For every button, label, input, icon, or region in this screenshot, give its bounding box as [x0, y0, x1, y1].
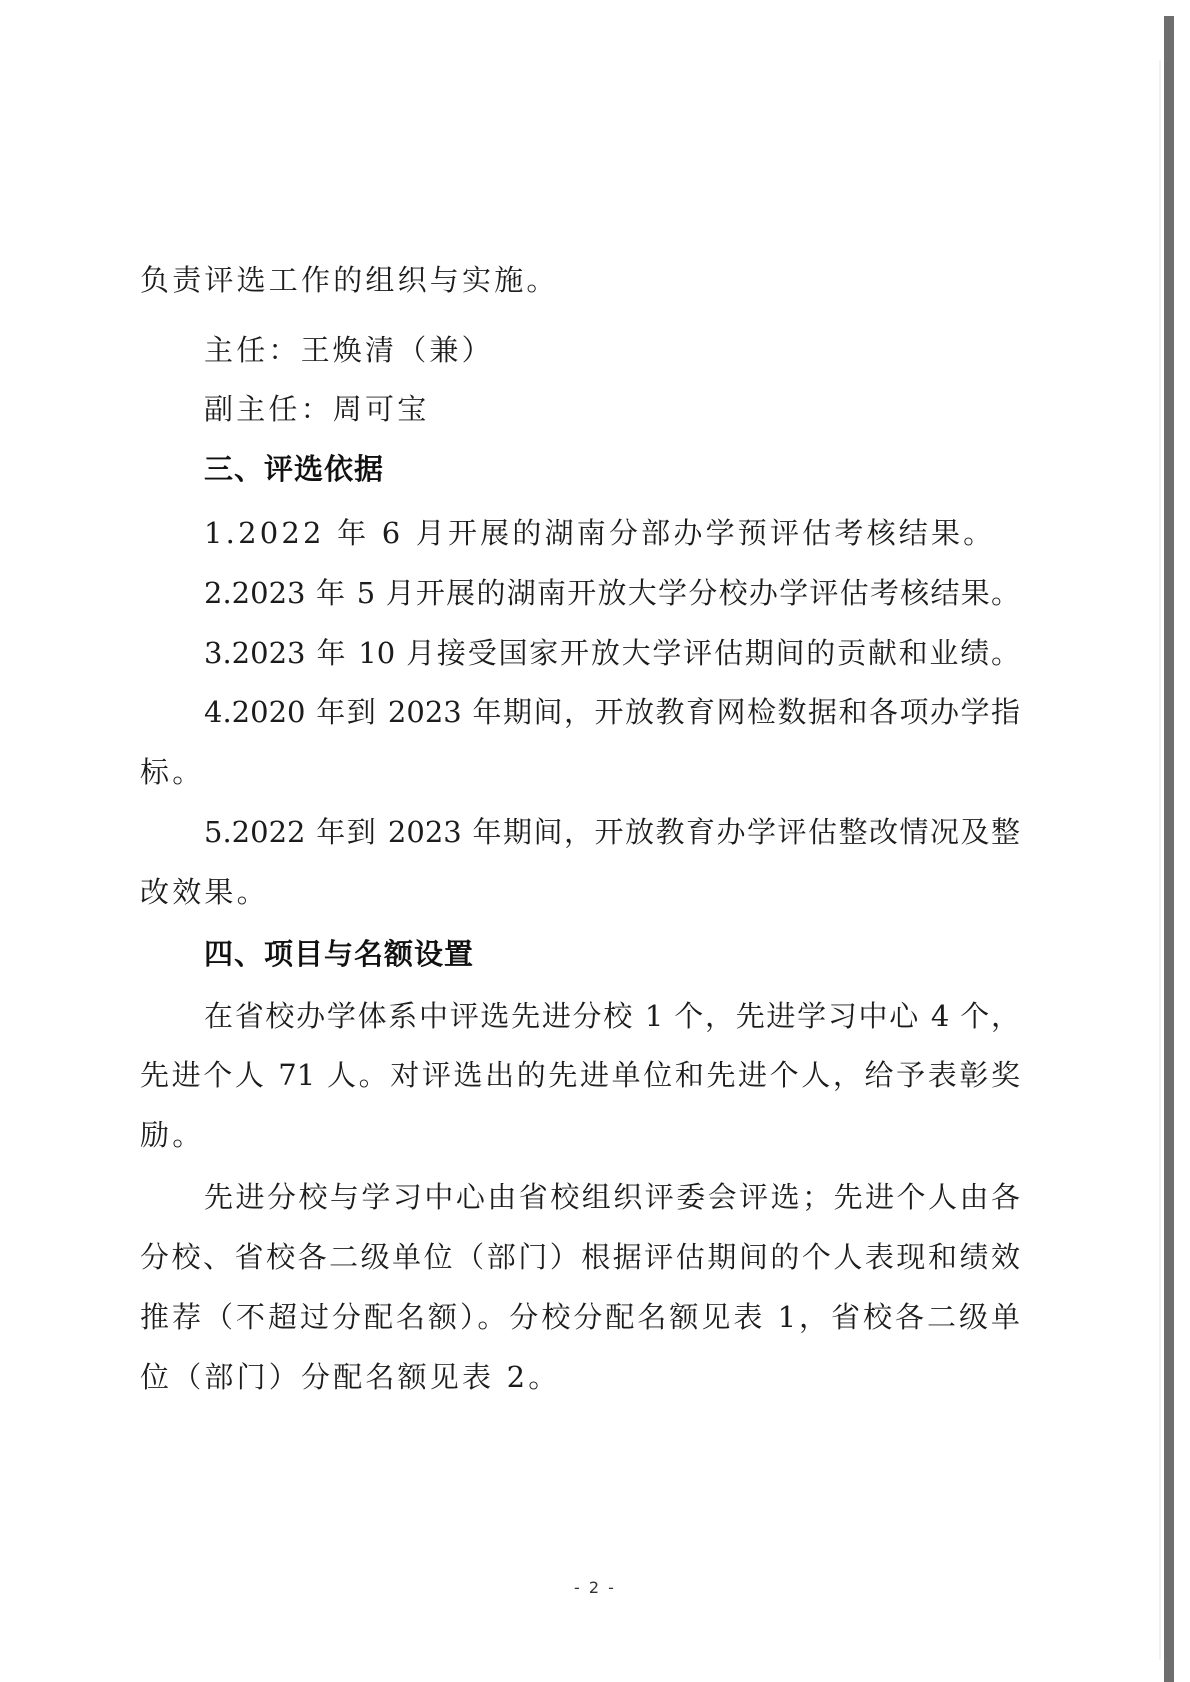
- text-line: 位（部门）分配名额见表 2。: [140, 1357, 560, 1397]
- text-line: 1.2022 年 6 月开展的湖南分部办学预评估考核结果。: [204, 513, 995, 553]
- text-line: 分校、省校各二级单位（部门）根据评估期间的个人表现和绩效: [140, 1237, 1020, 1277]
- text-line: 先进个人 71 人。对评选出的先进单位和先进个人，给予表彰奖: [140, 1055, 1020, 1095]
- section-heading: 三、评选依据: [204, 449, 384, 489]
- scan-edge-shadow: [1159, 60, 1161, 1660]
- section-heading: 四、项目与名额设置: [204, 934, 474, 974]
- text-line: 负责评选工作的组织与实施。: [140, 260, 559, 300]
- text-line: 5.2022 年到 2023 年期间，开放教育办学评估整改情况及整: [204, 812, 1020, 852]
- text-line: 标。: [140, 752, 204, 792]
- document-page: 负责评选工作的组织与实施。主任：王焕清（兼）副主任：周可宝三、评选依据1.202…: [0, 0, 1190, 1682]
- text-line: 推荐（不超过分配名额）。分校分配名额见表 1，省校各二级单: [140, 1297, 1020, 1337]
- scan-edge-bar: [1164, 16, 1174, 1682]
- text-line: 4.2020 年到 2023 年期间，开放教育网检数据和各项办学指: [204, 692, 1020, 732]
- text-line: 主任：王焕清（兼）: [204, 330, 494, 370]
- text-line: 2.2023 年 5 月开展的湖南开放大学分校办学评估考核结果。: [204, 573, 1020, 613]
- page-number: - 2 -: [0, 1578, 1190, 1597]
- text-line: 在省校办学体系中评选先进分校 1 个，先进学习中心 4 个，: [204, 996, 1020, 1036]
- text-line: 改效果。: [140, 872, 269, 912]
- text-line: 先进分校与学习中心由省校组织评委会评选；先进个人由各: [204, 1177, 1020, 1217]
- text-line: 副主任：周可宝: [204, 389, 429, 429]
- text-line: 3.2023 年 10 月接受国家开放大学评估期间的贡献和业绩。: [204, 633, 1020, 673]
- text-line: 励。: [140, 1115, 204, 1155]
